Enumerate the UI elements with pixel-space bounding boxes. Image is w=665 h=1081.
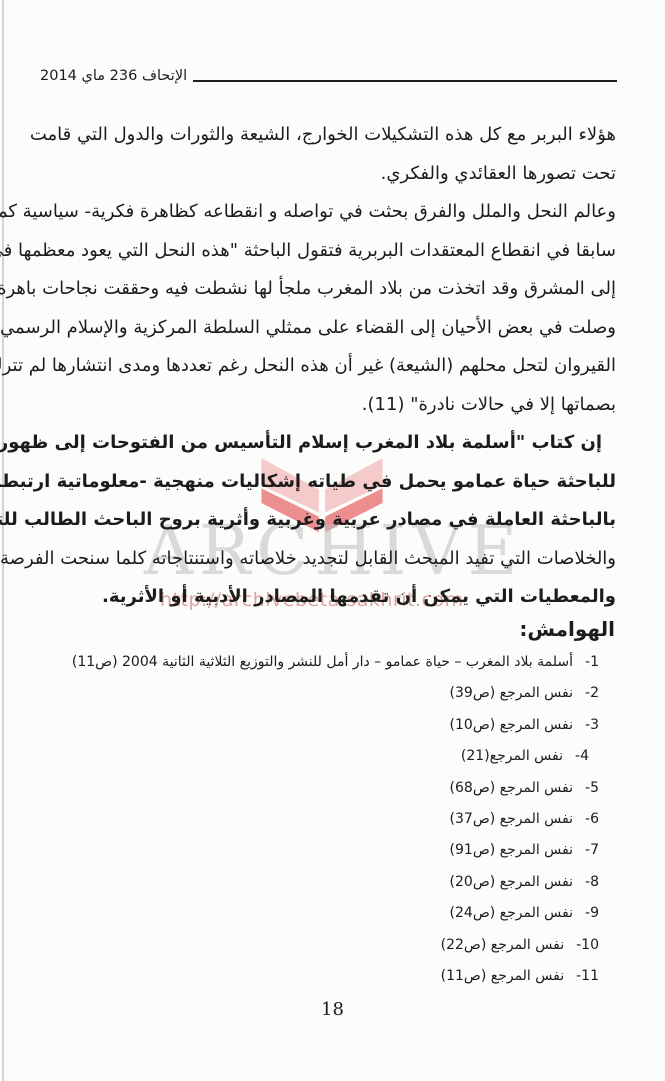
footnote-item: 7-نفس المرجع (ص91)	[40, 835, 599, 866]
footnote-number: 6-	[585, 804, 599, 835]
body-line: والمعطيات التي يمكن أن تقدمها المصادر ال…	[48, 578, 616, 617]
page-number: 18	[0, 999, 665, 1020]
footnotes-heading: الهوامش:	[519, 617, 615, 641]
body-line: بصماتها إلا في حالات نادرة" (11).	[48, 386, 616, 425]
footnote-number: 7-	[585, 835, 599, 866]
footnote-item: 9-نفس المرجع (ص24)	[40, 898, 599, 929]
footnote-text: نفس المرجع(21)	[461, 748, 563, 764]
footnote-text: نفس المرجع (ص37)	[450, 811, 574, 827]
footnote-item: 10-نفس المرجع (ص22)	[40, 930, 599, 961]
body-line: وعالم النحل والملل والفرق بحثت في تواصله…	[48, 193, 616, 232]
footnote-number: 9-	[585, 898, 599, 929]
footnote-number: 10-	[576, 930, 599, 961]
footnote-text: نفس المرجع (ص68)	[450, 780, 574, 796]
footnote-item: 11-نفس المرجع (ص11)	[40, 961, 599, 992]
footnote-item: 3-نفس المرجع (ص10)	[40, 710, 599, 741]
journal-header-title: الإتحاف 236 ماي 2014	[40, 66, 187, 86]
footnote-text: نفس المرجع (ص91)	[450, 842, 574, 858]
footnotes-list: 1-أسلمة بلاد المغرب – حياة عمامو – دار أ…	[40, 647, 599, 992]
footnote-text: نفس المرجع (ص11)	[441, 968, 565, 984]
document-page: ARCHIVE http://archivebeta.sakhrit.com ا…	[0, 0, 665, 1081]
footnote-item: 1-أسلمة بلاد المغرب – حياة عمامو – دار أ…	[40, 647, 599, 678]
footnote-text: نفس المرجع (ص22)	[441, 937, 565, 953]
body-line: وصلت في بعض الأحيان إلى القضاء على ممثلي…	[48, 309, 616, 348]
footnote-item: 5-نفس المرجع (ص68)	[40, 773, 599, 804]
header-rule	[193, 80, 617, 82]
footnote-text: نفس المرجع (ص20)	[450, 874, 574, 890]
footnote-number: 5-	[585, 773, 599, 804]
footnote-text: أسلمة بلاد المغرب – حياة عمامو – دار أمل…	[72, 654, 573, 670]
body-line: للباحثة حياة عمامو يحمل في طياته إشكاليا…	[48, 463, 616, 502]
body-line: تحت تصورها العقائدي والفكري.	[48, 155, 616, 194]
footnote-item: 6-نفس المرجع (ص37)	[40, 804, 599, 835]
body-line: القيروان لتحل محلهم (الشيعة) غير أن هذه …	[48, 347, 616, 386]
footnote-number: 1-	[585, 647, 599, 678]
footnote-text: نفس المرجع (ص10)	[450, 717, 574, 733]
page-header: الإتحاف 236 ماي 2014	[40, 66, 617, 86]
body-line: بالباحثة العاملة في مصادر عربية وغربية و…	[48, 501, 616, 540]
body-line: إلى المشرق وقد اتخذت من بلاد المغرب ملجأ…	[48, 270, 616, 309]
body-text: هؤلاء البربر مع كل هذه التشكيلات الخوارج…	[48, 116, 616, 617]
footnote-text: نفس المرجع (ص24)	[450, 905, 574, 921]
body-line: إن كتاب "أسلمة بلاد المغرب إسلام التأسيس…	[48, 424, 616, 463]
body-line: هؤلاء البربر مع كل هذه التشكيلات الخوارج…	[48, 116, 616, 155]
body-line: والخلاصات التي تفيد المبحث القابل لتجديد…	[48, 540, 616, 579]
footnote-text: نفس المرجع (ص39)	[450, 685, 574, 701]
body-line: سابقا في انقطاع المعتقدات البربرية فتقول…	[48, 232, 616, 271]
footnote-number: 11-	[576, 961, 599, 992]
footnote-item: 2-نفس المرجع (ص39)	[40, 678, 599, 709]
footnote-number: 8-	[585, 867, 599, 898]
footnote-number: 2-	[585, 678, 599, 709]
footnote-number: 4-	[575, 741, 589, 772]
footnote-item: 4-نفس المرجع(21)	[40, 741, 599, 772]
footnote-number: 3-	[585, 710, 599, 741]
footnote-item: 8-نفس المرجع (ص20)	[40, 867, 599, 898]
